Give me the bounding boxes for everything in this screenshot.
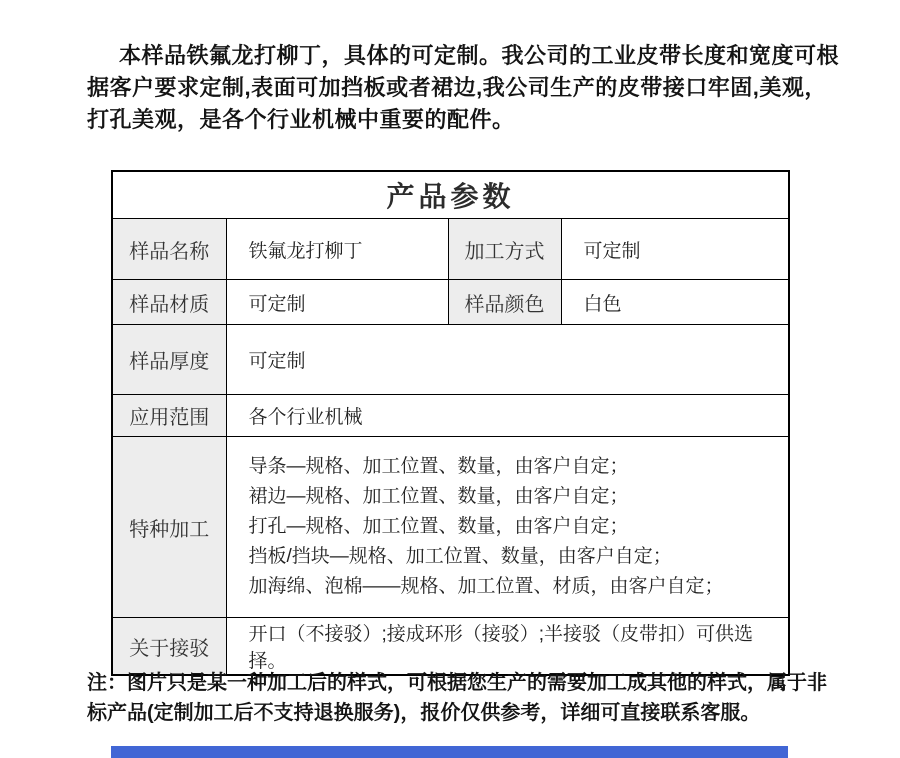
table-row: 应用范围 各个行业机械	[112, 395, 789, 437]
special-processing-line: 挡板/挡块—规格、加工位置、数量，由客户自定；	[249, 542, 779, 572]
table-row: 样品名称 铁氟龙打柳丁 加工方式 可定制	[112, 219, 789, 280]
product-detail-page: 本样品铁氟龙打柳丁，具体的可定制。我公司的工业皮带长度和宽度可根 据客户要求定制…	[0, 0, 900, 758]
sample-thickness-label: 样品厚度	[112, 325, 226, 395]
processing-method-label: 加工方式	[448, 219, 561, 280]
table-row: 关于接驳 开口（不接驳）;接成环形（接驳）;半接驳（皮带扣）可供选择。	[112, 618, 789, 676]
table-row: 样品厚度 可定制	[112, 325, 789, 395]
product-params-table: 产品参数 样品名称 铁氟龙打柳丁 加工方式 可定制 样品材质 可定制 样品颜色 …	[111, 170, 790, 676]
sample-material-value: 可定制	[226, 280, 448, 325]
processing-method-value: 可定制	[561, 219, 789, 280]
note-line: 注：图片只是某一种加工后的样式，可根据您生产的需要加工成其他的样式，属于非	[87, 668, 847, 698]
sample-color-value: 白色	[561, 280, 789, 325]
jointing-label: 关于接驳	[112, 618, 226, 676]
application-scope-value: 各个行业机械	[226, 395, 789, 437]
intro-line: 据客户要求定制,表面可加挡板或者裙边,我公司生产的皮带接口牢固,美观，	[87, 72, 823, 104]
special-processing-value: 导条—规格、加工位置、数量，由客户自定； 裙边—规格、加工位置、数量，由客户自定…	[226, 437, 789, 618]
table-row: 样品材质 可定制 样品颜色 白色	[112, 280, 789, 325]
table-title: 产品参数	[112, 171, 789, 219]
table-title-row: 产品参数	[112, 171, 789, 219]
application-scope-label: 应用范围	[112, 395, 226, 437]
intro-paragraph: 本样品铁氟龙打柳丁，具体的可定制。我公司的工业皮带长度和宽度可根 据客户要求定制…	[87, 40, 823, 136]
table-row: 特种加工 导条—规格、加工位置、数量，由客户自定； 裙边—规格、加工位置、数量，…	[112, 437, 789, 618]
sample-material-label: 样品材质	[112, 280, 226, 325]
note-line: 标产品(定制加工后不支持退换服务)，报价仅供参考，详细可直接联系客服。	[87, 698, 847, 728]
special-processing-line: 加海绵、泡棉——规格、加工位置、材质，由客户自定；	[249, 572, 779, 602]
jointing-value: 开口（不接驳）;接成环形（接驳）;半接驳（皮带扣）可供选择。	[226, 618, 789, 676]
sample-thickness-value: 可定制	[226, 325, 789, 395]
sample-color-label: 样品颜色	[448, 280, 561, 325]
note-paragraph: 注：图片只是某一种加工后的样式，可根据您生产的需要加工成其他的样式，属于非 标产…	[87, 668, 847, 728]
bottom-accent-bar	[111, 746, 788, 758]
intro-line: 打孔美观，是各个行业机械中重要的配件。	[87, 104, 823, 136]
sample-name-value: 铁氟龙打柳丁	[226, 219, 448, 280]
special-processing-line: 裙边—规格、加工位置、数量，由客户自定；	[249, 482, 779, 512]
special-processing-line: 导条—规格、加工位置、数量，由客户自定；	[249, 452, 779, 482]
special-processing-line: 打孔—规格、加工位置、数量，由客户自定；	[249, 512, 779, 542]
special-processing-label: 特种加工	[112, 437, 226, 618]
sample-name-label: 样品名称	[112, 219, 226, 280]
intro-line: 本样品铁氟龙打柳丁，具体的可定制。我公司的工业皮带长度和宽度可根	[87, 40, 823, 72]
